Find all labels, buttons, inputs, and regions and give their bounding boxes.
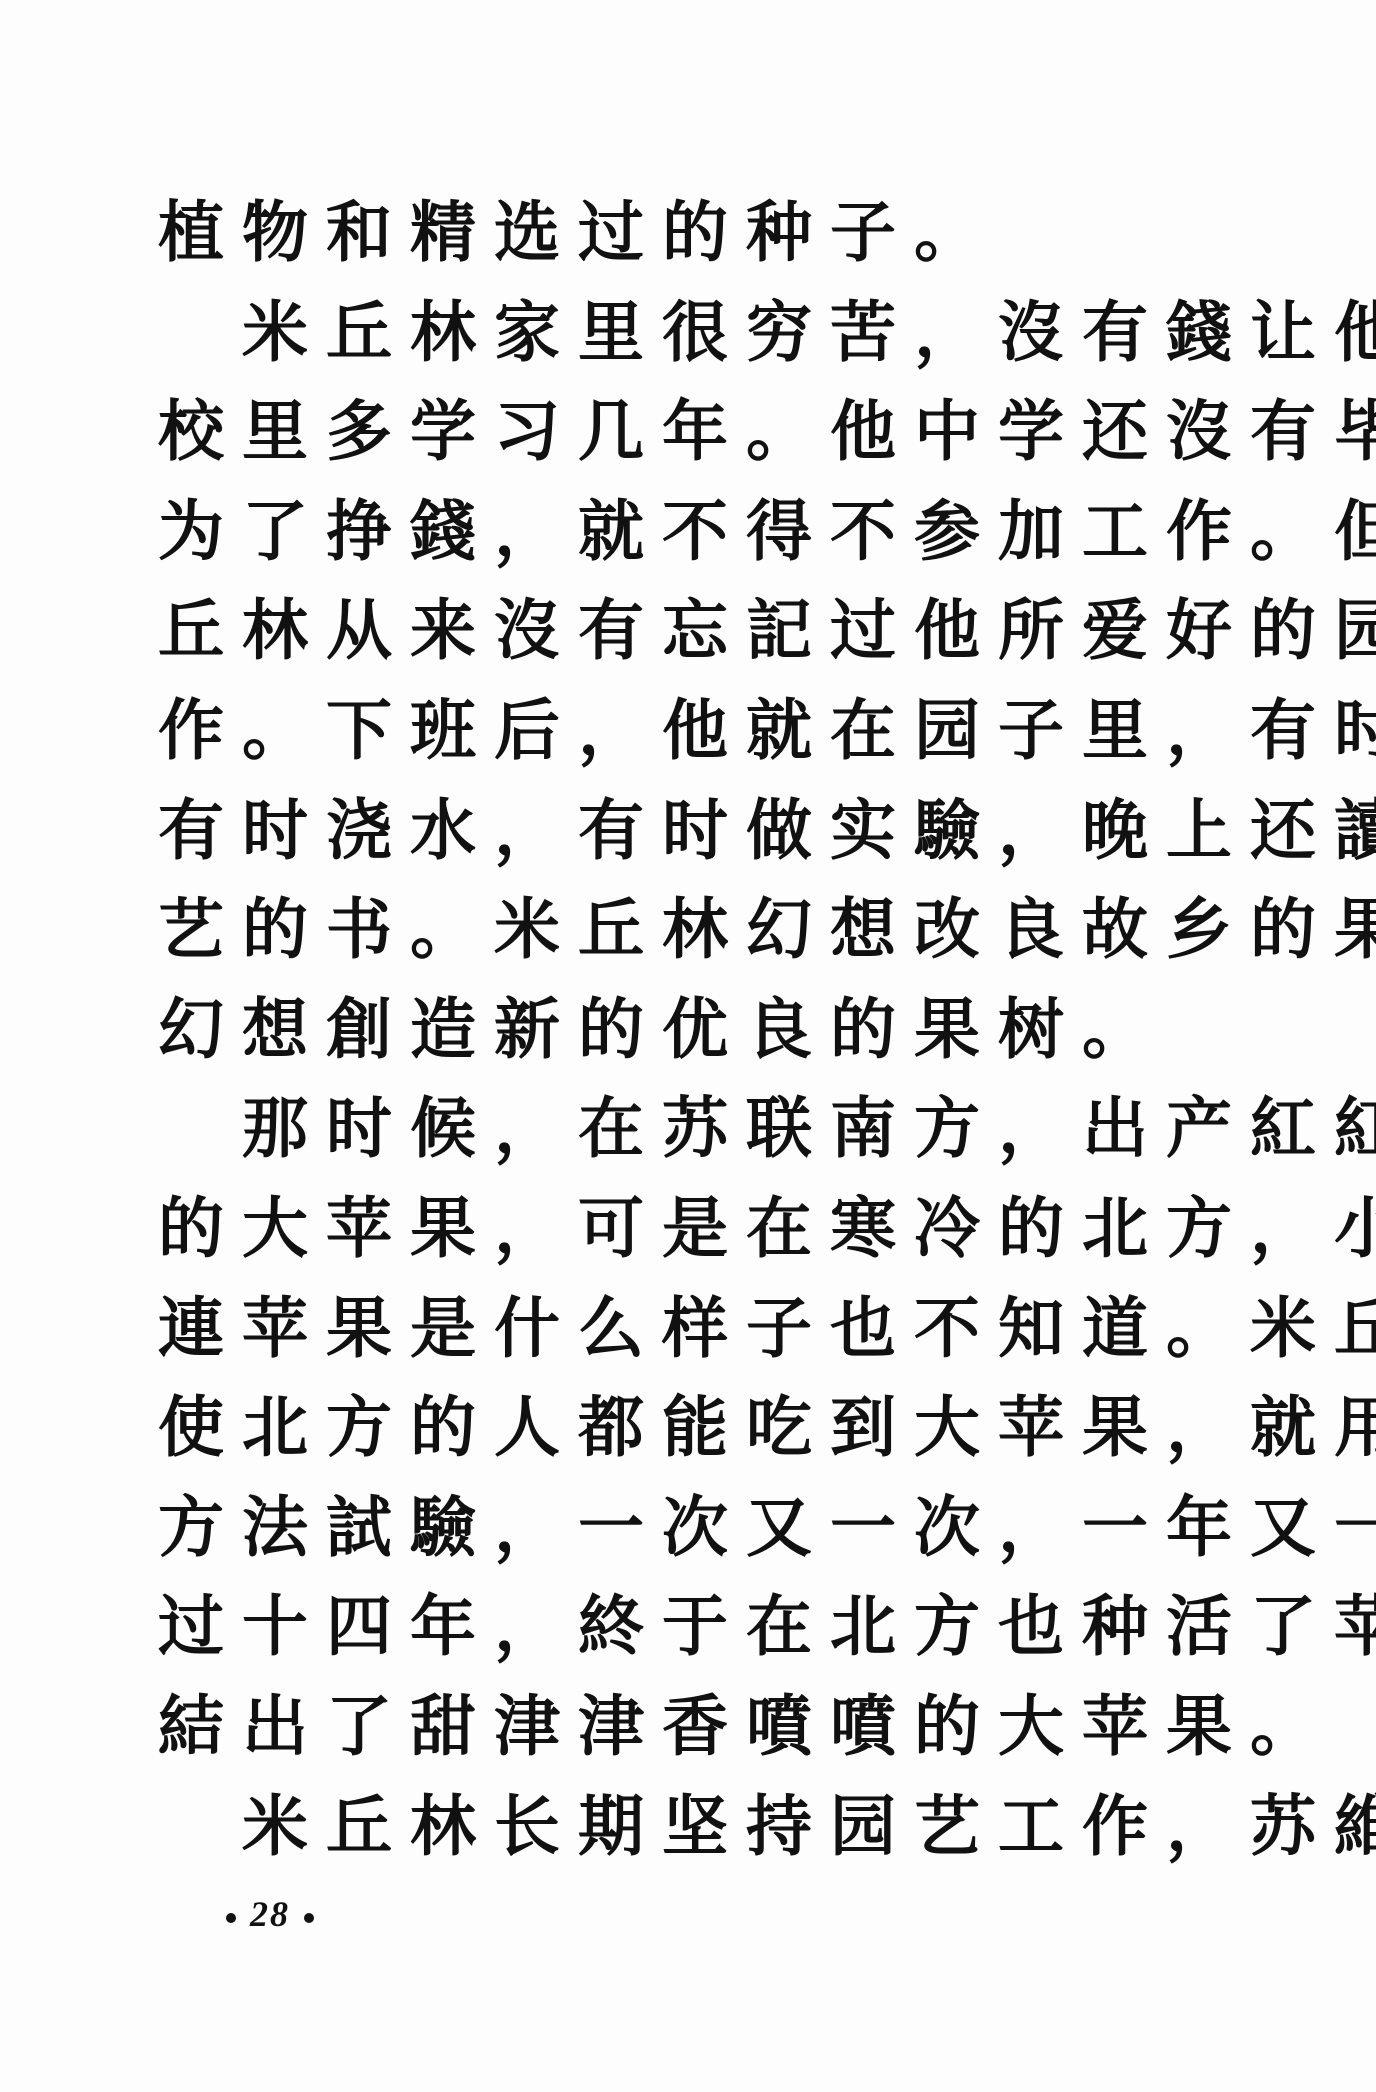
text-line: 为了挣錢，就不得不参加工作。但是米 (158, 495, 1262, 595)
text-line: 植物和精选过的种子。 (158, 196, 1262, 296)
text-line: 过十四年，終于在北方也种活了苹果树， (158, 1590, 1262, 1690)
text-line: 幻想創造新的优良的果树。 (158, 993, 1262, 1093)
book-page: 植物和精选过的种子。 米丘林家里很穷苦，沒有錢让他在学 校里多学习几年。他中学还… (0, 0, 1376, 2092)
text-line: 米丘林家里很穷苦，沒有錢让他在学 (158, 296, 1262, 396)
text-line: 使北方的人都能吃到大苹果，就用各种 (158, 1391, 1262, 1491)
text-line: 丘林从来沒有忘記过他所爱好的园艺工 (158, 594, 1262, 694)
page-number-value: 28 (250, 1894, 290, 1934)
text-line: 作。下班后，他就在园子里，有时挖沟， (158, 694, 1262, 794)
bullet-dot-icon (226, 1913, 236, 1923)
text-line: 米丘林长期坚持园艺工作，苏維埃政 (158, 1790, 1262, 1890)
text-line: 方法試驗，一次又一次，一年又一年，經 (158, 1491, 1262, 1591)
text-line: 連苹果是什么样子也不知道。米丘林要 (158, 1292, 1262, 1392)
text-line: 結出了甜津津香噴噴的大苹果。 (158, 1690, 1262, 1790)
text-line: 艺的书。米丘林幻想改良故乡的果园， (158, 893, 1262, 993)
text-line: 有时浇水，有时做实驗，晚上还讀关于园 (158, 794, 1262, 894)
text-line: 的大苹果，可是在寒冷的北方，小孩子們 (158, 1192, 1262, 1292)
bullet-dot-icon (304, 1913, 314, 1923)
body-text: 植物和精选过的种子。 米丘林家里很穷苦，沒有錢让他在学 校里多学习几年。他中学还… (158, 196, 1262, 1889)
text-line: 校里多学习几年。他中学还沒有毕业， (158, 395, 1262, 495)
text-line: 那时候，在苏联南方，出产紅紅的甜甜 (158, 1092, 1262, 1192)
page-number: 28 (212, 1893, 328, 1935)
